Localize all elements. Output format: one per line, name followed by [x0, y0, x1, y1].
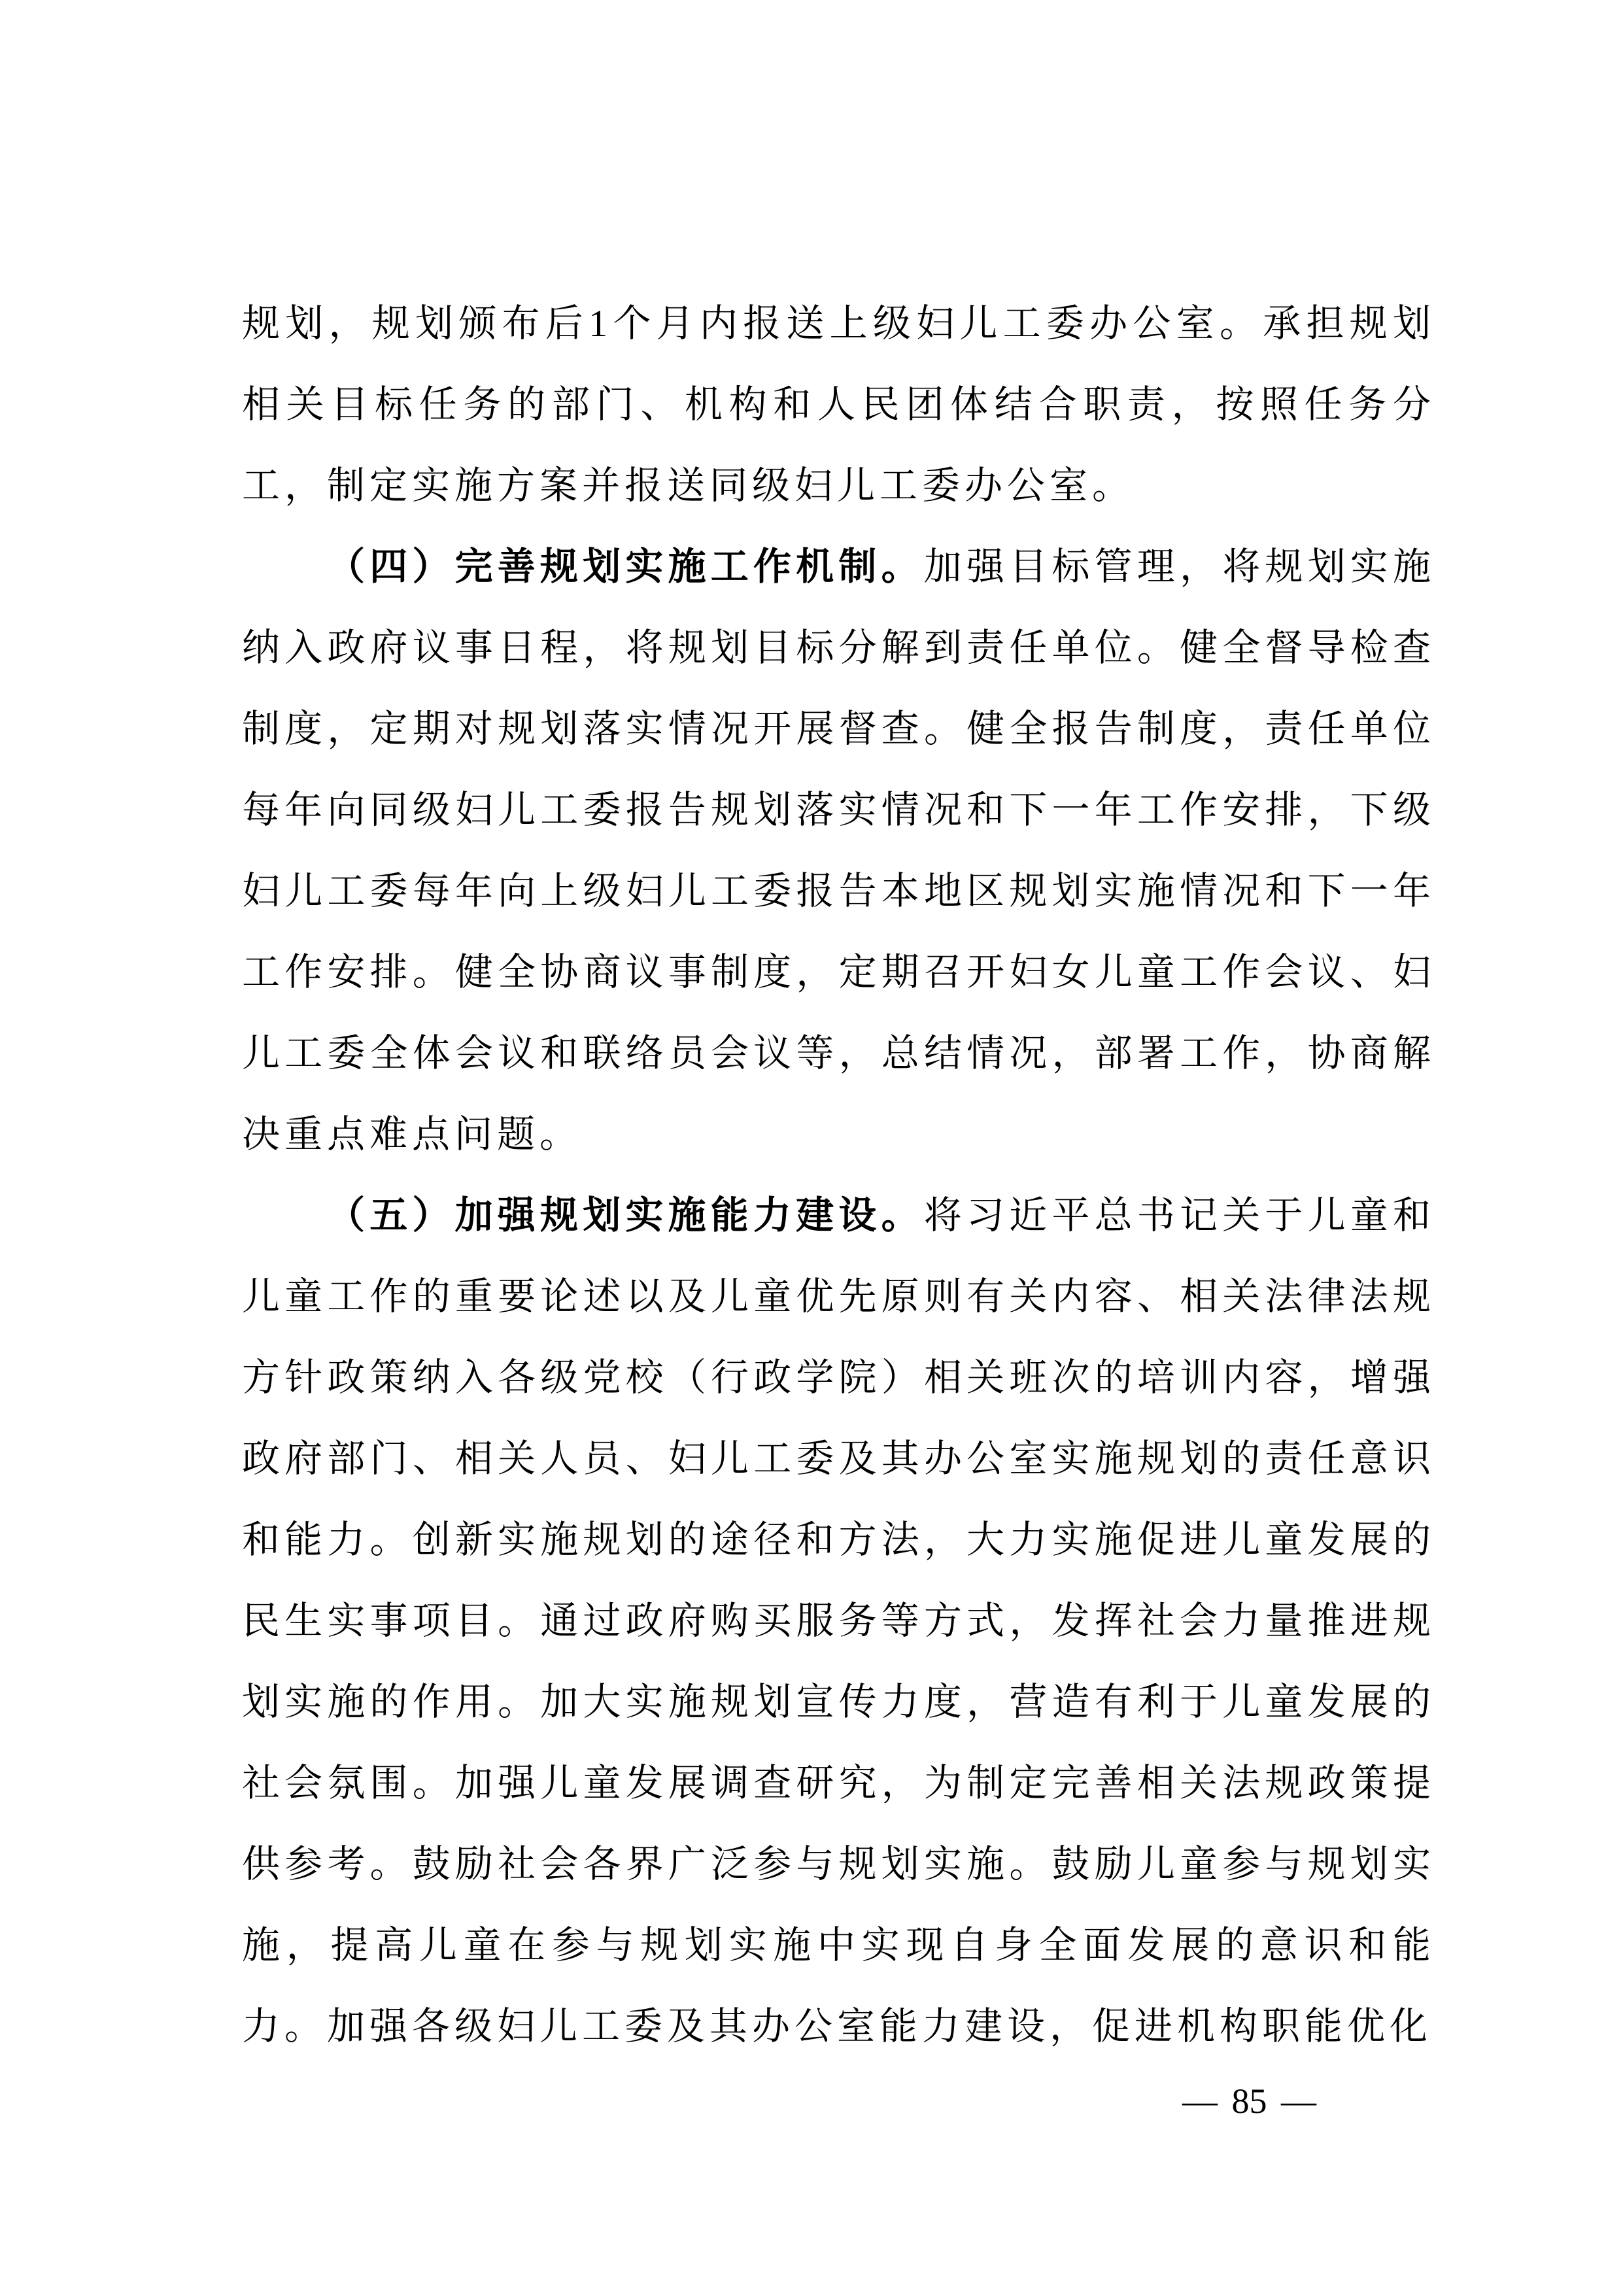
section-heading: （四）完善规划实施工作机制。 — [327, 545, 924, 588]
document-page: 规划，规划颁布后1个月内报送上级妇儿工委办公室。承担规划相关目标任务的部门、机构… — [0, 0, 1623, 2296]
paragraph: 规划，规划颁布后1个月内报送上级妇儿工委办公室。承担规划相关目标任务的部门、机构… — [242, 283, 1435, 526]
body-text-run: 加强目标管理，将规划实施纳入政府议事日程，将规划目标分解到责任单位。健全督导检查… — [242, 545, 1435, 1156]
document-body: 规划，规划颁布后1个月内报送上级妇儿工委办公室。承担规划相关目标任务的部门、机构… — [242, 283, 1435, 2067]
paragraph: （五）加强规划实施能力建设。将习近平总书记关于儿童和儿童工作的重要论述以及儿童优… — [242, 1175, 1435, 2067]
body-text-run: 将习近平总书记关于儿童和儿童工作的重要论述以及儿童优先原则有关内容、相关法律法规… — [242, 1194, 1435, 2048]
page-number: — 85 — — [1182, 2083, 1316, 2119]
body-text-run: 规划，规划颁布后1个月内报送上级妇儿工委办公室。承担规划相关目标任务的部门、机构… — [242, 302, 1435, 507]
paragraph: （四）完善规划实施工作机制。加强目标管理，将规划实施纳入政府议事日程，将规划目标… — [242, 526, 1435, 1175]
section-heading: （五）加强规划实施能力建设。 — [327, 1194, 924, 1237]
